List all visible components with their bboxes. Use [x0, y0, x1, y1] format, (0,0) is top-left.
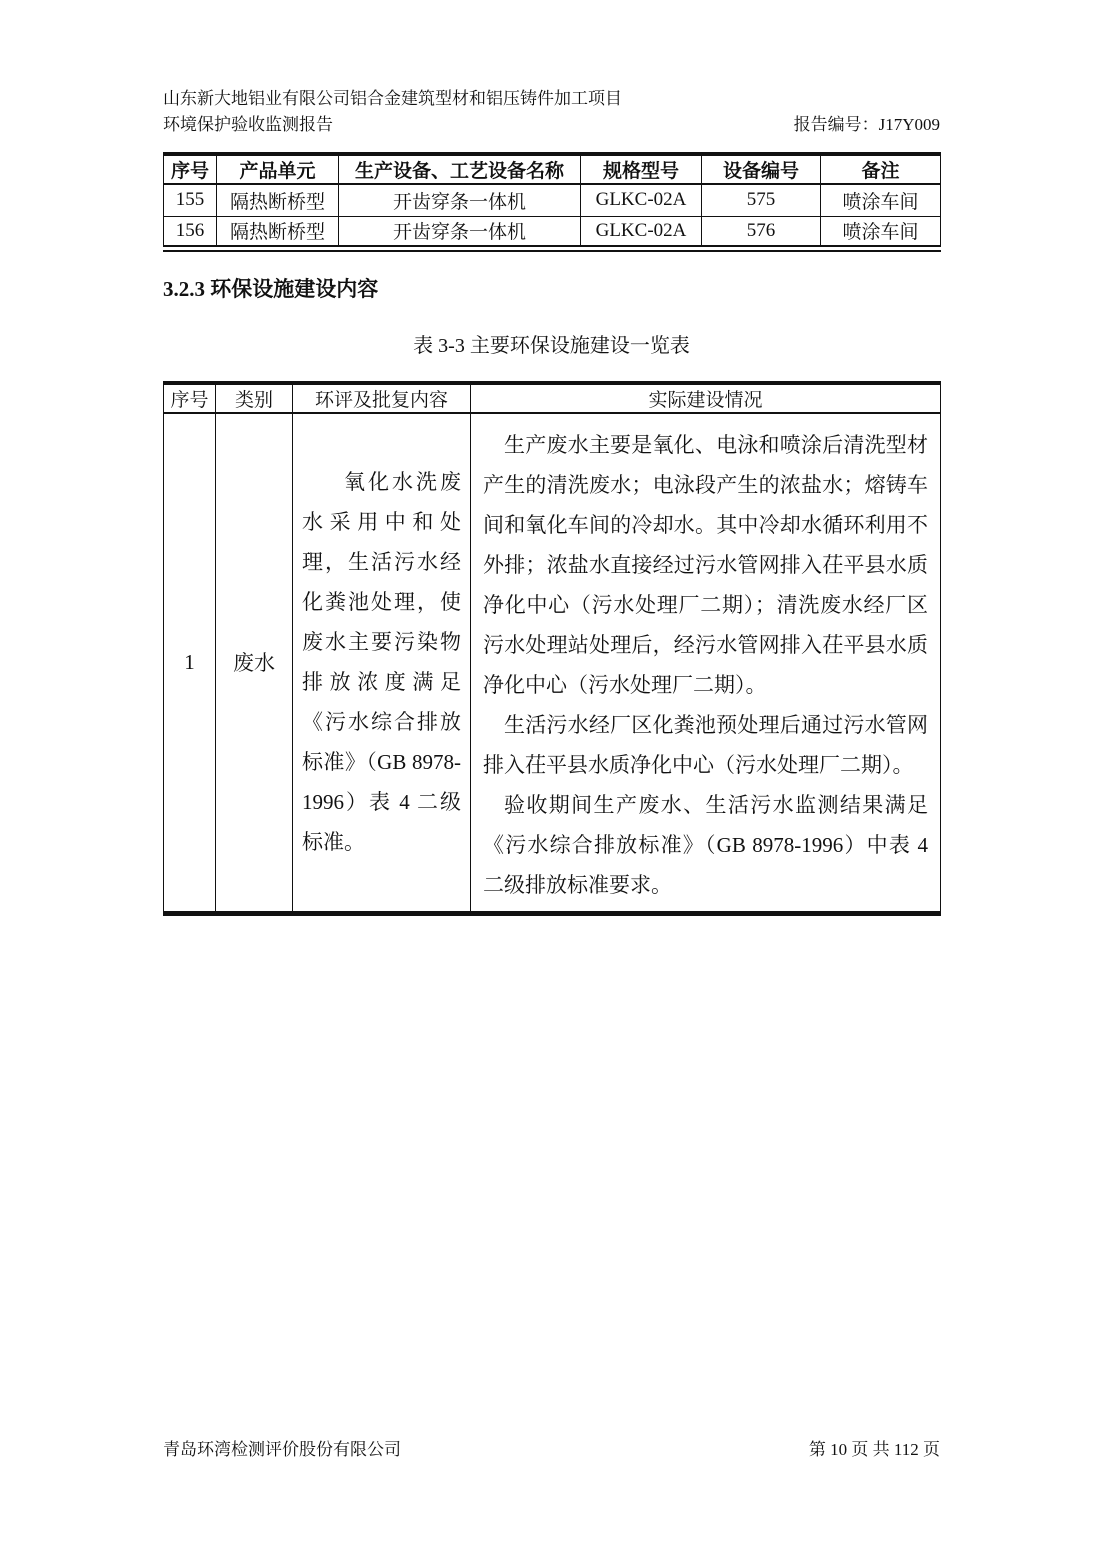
- cell-equipment-no: 575: [702, 184, 821, 216]
- footer-page-number: 第 10 页 共 112 页: [809, 1438, 940, 1462]
- cell-equipment-no: 576: [702, 216, 821, 248]
- col-header-seq: 序号: [164, 154, 217, 184]
- col-header-equipment-name: 生产设备、工艺设备名称: [339, 154, 581, 184]
- actual-paragraph: 验收期间生产废水、生活污水监测结果满足《污水综合排放标准》（GB 8978-19…: [483, 785, 928, 905]
- equipment-table-row: 155 隔热断桥型 开齿穿条一体机 GLKC-02A 575 喷涂车间: [164, 184, 941, 216]
- col-header-model: 规格型号: [581, 154, 702, 184]
- header-report-number: 报告编号：J17Y009: [794, 112, 940, 138]
- actual-paragraph: 生产废水主要是氧化、电泳和喷涂后清洗型材产生的清洗废水；电泳段产生的浓盐水；熔铸…: [483, 425, 928, 705]
- actual-paragraph: 生活污水经厂区化粪池预处理后通过污水管网排入茌平县水质净化中心（污水处理厂二期）…: [483, 705, 928, 785]
- cell-product-unit: 隔热断桥型: [217, 216, 339, 248]
- col-header-actual-construction: 实际建设情况: [471, 383, 941, 413]
- equipment-table-header-row: 序号 产品单元 生产设备、工艺设备名称 规格型号 设备编号 备注: [164, 154, 941, 184]
- document-page: 山东新大地铝业有限公司铝合金建筑型材和铝压铸件加工项目 环境保护验收监测报告 报…: [0, 0, 1100, 1555]
- cell-remark: 喷涂车间: [821, 216, 941, 248]
- running-footer: 青岛环湾检测评价股份有限公司 第 10 页 共 112 页: [163, 1438, 940, 1462]
- equipment-table: 序号 产品单元 生产设备、工艺设备名称 规格型号 设备编号 备注 155 隔热断…: [163, 152, 941, 252]
- cell-category: 废水: [216, 413, 293, 914]
- facilities-table-header-row: 序号 类别 环评及批复内容 实际建设情况: [164, 383, 941, 413]
- cell-product-unit: 隔热断桥型: [217, 184, 339, 216]
- table-caption: 表 3-3 主要环保设施建设一览表: [163, 334, 940, 359]
- facilities-table-row: 1 废水 氧化水洗废水采用中和处理，生活污水经化粪池处理，使废水主要污染物排放浓…: [164, 413, 941, 914]
- eia-paragraph: 氧化水洗废水采用中和处理，生活污水经化粪池处理，使废水主要污染物排放浓度满足《污…: [302, 462, 461, 862]
- header-report-title: 环境保护验收监测报告: [163, 112, 333, 138]
- cell-seq: 155: [164, 184, 217, 216]
- cell-remark: 喷涂车间: [821, 184, 941, 216]
- cell-eia-content: 氧化水洗废水采用中和处理，生活污水经化粪池处理，使废水主要污染物排放浓度满足《污…: [293, 413, 471, 914]
- cell-seq: 1: [164, 413, 216, 914]
- running-header: 山东新大地铝业有限公司铝合金建筑型材和铝压铸件加工项目 环境保护验收监测报告 报…: [163, 0, 940, 138]
- cell-model: GLKC-02A: [581, 184, 702, 216]
- cell-seq: 156: [164, 216, 217, 248]
- footer-company-name: 青岛环湾检测评价股份有限公司: [163, 1438, 401, 1462]
- cell-actual-construction: 生产废水主要是氧化、电泳和喷涂后清洗型材产生的清洗废水；电泳段产生的浓盐水；熔铸…: [471, 413, 941, 914]
- equipment-table-row: 156 隔热断桥型 开齿穿条一体机 GLKC-02A 576 喷涂车间: [164, 216, 941, 248]
- col-header-category: 类别: [216, 383, 293, 413]
- section-heading: 3.2.3 环保设施建设内容: [163, 276, 940, 303]
- header-project-title: 山东新大地铝业有限公司铝合金建筑型材和铝压铸件加工项目: [163, 86, 940, 112]
- col-header-eia-content: 环评及批复内容: [293, 383, 471, 413]
- page-content: 山东新大地铝业有限公司铝合金建筑型材和铝压铸件加工项目 环境保护验收监测报告 报…: [163, 0, 940, 916]
- col-header-remark: 备注: [821, 154, 941, 184]
- cell-equipment-name: 开齿穿条一体机: [339, 216, 581, 248]
- cell-equipment-name: 开齿穿条一体机: [339, 184, 581, 216]
- col-header-equipment-no: 设备编号: [702, 154, 821, 184]
- facilities-table: 序号 类别 环评及批复内容 实际建设情况 1 废水 氧化水洗废水采用中和处理，生…: [163, 381, 941, 916]
- header-second-line: 环境保护验收监测报告 报告编号：J17Y009: [163, 112, 940, 138]
- col-header-product-unit: 产品单元: [217, 154, 339, 184]
- col-header-seq: 序号: [164, 383, 216, 413]
- cell-model: GLKC-02A: [581, 216, 702, 248]
